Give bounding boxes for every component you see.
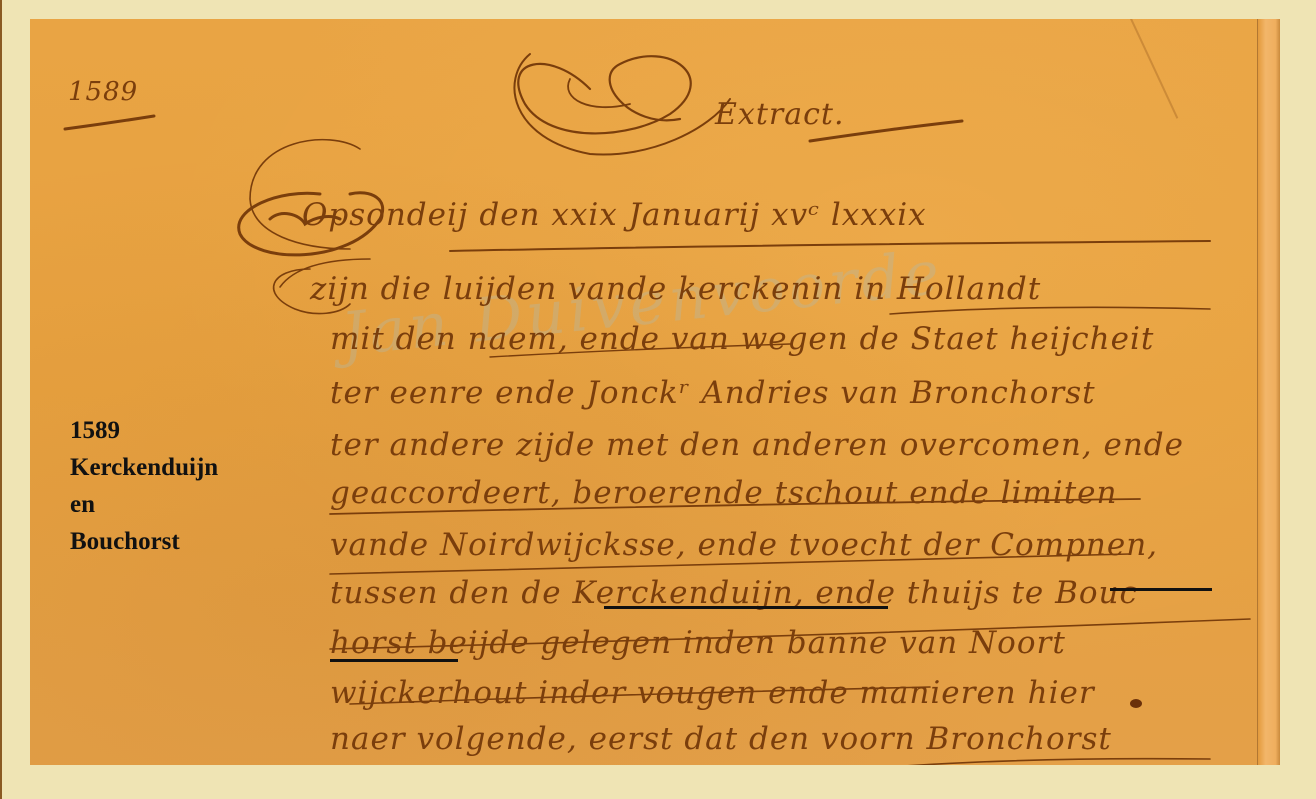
manuscript-line-9: horst beijde gelegen inden banne van Noo… bbox=[330, 625, 1066, 661]
folio-number: 1589 bbox=[68, 77, 138, 107]
underline-kerckenduijn bbox=[604, 606, 888, 609]
page-edge-line bbox=[0, 0, 2, 799]
manuscript-line-11: naer volgende, eerst dat den voorn Bronc… bbox=[330, 721, 1112, 757]
heading-extract: Extract. bbox=[715, 97, 845, 132]
manuscript-line-3: mit den naem, ende van wegen de Staet he… bbox=[330, 321, 1154, 357]
caption-conjunction: en bbox=[70, 486, 218, 523]
ink-blot bbox=[1130, 699, 1142, 708]
manuscript-line-2: zijn die luijden vande kerckenin in Holl… bbox=[310, 271, 1041, 307]
manuscript-line-10: wijckerhout inder vougen ende manieren h… bbox=[330, 675, 1095, 711]
manuscript-line-1: Opsondeij den xxix Januarij xvᶜ lxxxix bbox=[302, 197, 927, 233]
underline-bouc bbox=[1110, 588, 1212, 591]
paper-crease bbox=[1130, 19, 1178, 119]
manuscript-line-6: geaccordeert, beroerende tschout ende li… bbox=[330, 475, 1118, 511]
caption-place-bouchorst: Bouchorst bbox=[70, 523, 218, 560]
page-edge-strip bbox=[1257, 19, 1280, 765]
underline-horst bbox=[330, 659, 458, 662]
manuscript-scan: Jan Duivenvoorde bbox=[30, 19, 1280, 765]
caption-year: 1589 bbox=[70, 412, 218, 449]
caption-label: 1589 Kerckenduijn en Bouchorst bbox=[70, 412, 218, 560]
manuscript-line-7: vande Noirdwijcksse, ende tvoecht der Co… bbox=[330, 527, 1158, 563]
manuscript-line-5: ter andere zijde met den anderen overcom… bbox=[330, 427, 1184, 463]
manuscript-line-4: ter eenre ende Jonckʳ Andries van Bronch… bbox=[330, 375, 1096, 411]
caption-place-kerckenduijn: Kerckenduijn bbox=[70, 449, 218, 486]
